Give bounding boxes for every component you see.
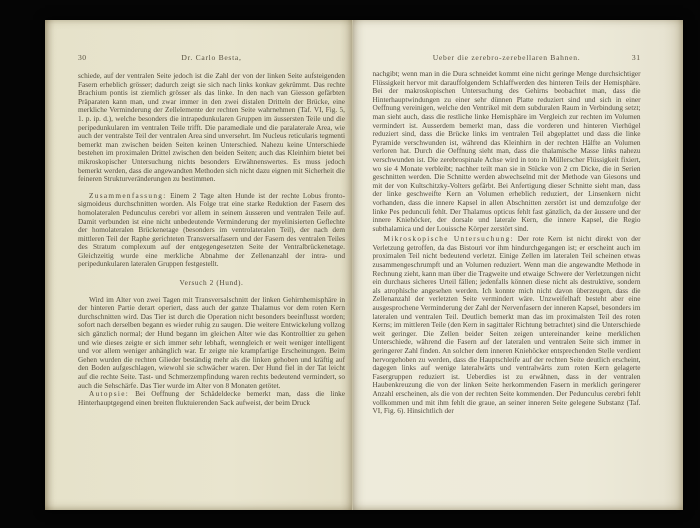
paragraph-text: nachgibt; wenn man in die Dura schneidet… xyxy=(373,69,641,233)
paragraph: Zusammenfassung: Einem 2 Tage alten Hund… xyxy=(78,192,345,269)
paragraph: nachgibt; wenn man in die Dura schneidet… xyxy=(373,70,641,233)
left-page-body: schiede, auf der ventralen Seite jedoch … xyxy=(78,72,345,407)
page-left: 30 Dr. Carlo Besta, schiede, auf der ven… xyxy=(45,20,352,510)
paragraph: schiede, auf der ventralen Seite jedoch … xyxy=(78,72,345,184)
paragraph-text: Wird im Alter von zwei Tagen mit Transve… xyxy=(78,295,345,390)
paragraph: Mikroskopische Untersuchung: Der rote Ke… xyxy=(373,235,641,415)
paragraph-text: schiede, auf der ventralen Seite jedoch … xyxy=(78,71,345,183)
right-running-header: Ueber die zerebro-zerebellaren Bahnen. xyxy=(373,53,641,62)
paragraph-text: Der rote Kern ist nicht direkt von der V… xyxy=(373,234,641,415)
book-spread: 30 Dr. Carlo Besta, schiede, auf der ven… xyxy=(45,20,683,510)
left-running-header: Dr. Carlo Besta, xyxy=(78,53,345,62)
page-right: Ueber die zerebro-zerebellaren Bahnen. 3… xyxy=(352,20,683,510)
paragraph: Wird im Alter von zwei Tagen mit Transve… xyxy=(78,296,345,391)
paragraph: Autopsie: Bei Oeffnung der Schädeldecke … xyxy=(78,390,345,407)
section-heading: Versuch 2 (Hund). xyxy=(78,279,345,288)
right-page-body: nachgibt; wenn man in die Dura schneidet… xyxy=(373,70,641,416)
scan-background: 30 Dr. Carlo Besta, schiede, auf der ven… xyxy=(0,0,700,528)
paragraph-text: Einem 2 Tage alten Hunde ist der rechte … xyxy=(78,191,345,269)
right-page-number: 31 xyxy=(632,53,641,62)
